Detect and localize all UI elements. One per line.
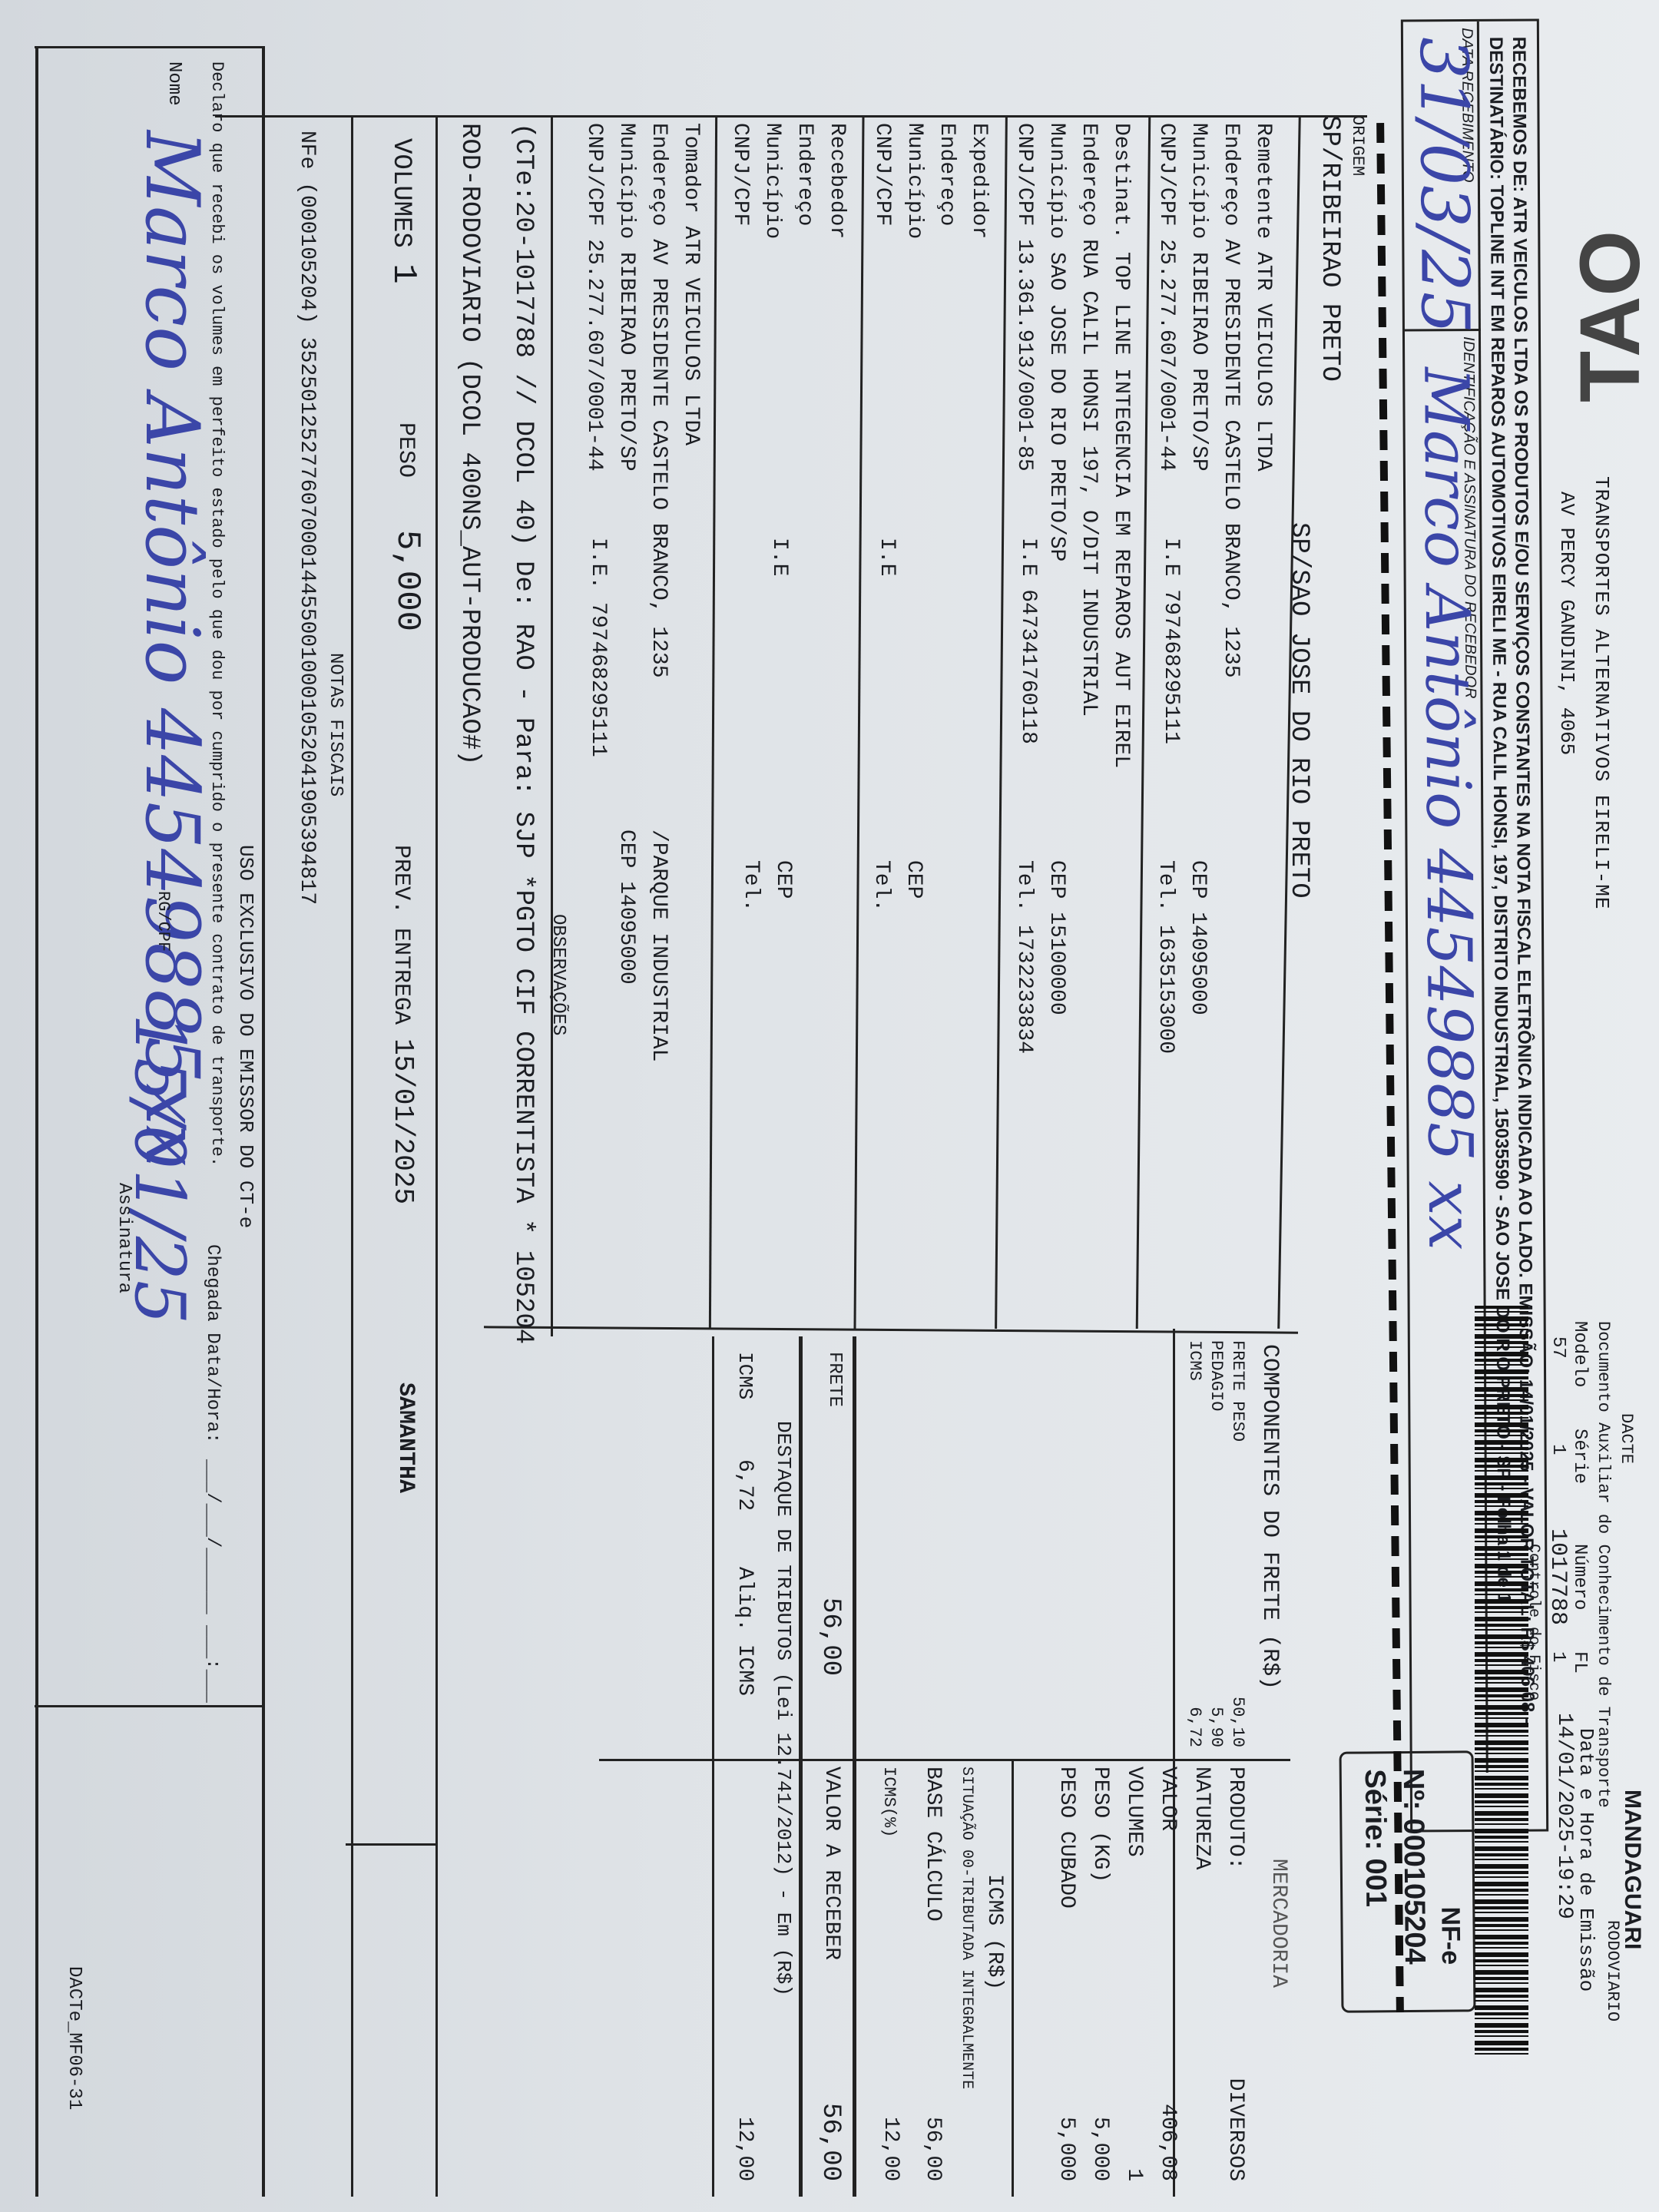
expedidor-block: Expedidor Endereço Município CNPJ/CPF <box>866 123 995 239</box>
componente-row: FRETE PESO50,10 <box>1227 1340 1248 1747</box>
nome-field[interactable]: Marco Antônio 44549885xx <box>129 131 215 1167</box>
mercadoria-value: DIVERSOS <box>1218 2078 1252 2181</box>
tomador-nome: ATR VEICULOS LTDA <box>679 226 703 445</box>
expedidor-contato: CEPTel. <box>865 860 929 912</box>
obs-peso-label: PESO <box>392 422 419 478</box>
tomador-cnpj: 25.277.607/0001-44 <box>582 239 606 471</box>
notas-fiscais-title: NOTAS FISCAIS <box>325 653 346 796</box>
destinatario-nome: TOP LINE INTEGENCIA EM REPAROS AUT EIREL <box>1109 252 1133 768</box>
tomador-endereco: AV PRESIDENTE CASTELO BRANCO, 1235 <box>647 239 671 677</box>
mercadoria-label: PESO CUBADO <box>1049 1767 1083 1909</box>
remetente-municipio-label: Município <box>1187 123 1210 239</box>
componente-row: ICMS6,72 <box>1184 1340 1205 1747</box>
mercadoria-label: VALOR <box>1151 1767 1184 1831</box>
mercadoria-title: MERCADORIA <box>1267 1859 1290 1988</box>
company-address: AV PERCY GANDINI, 4065 <box>1555 492 1578 755</box>
serie-label: Série <box>1569 1429 1590 1484</box>
modelo-value: 57 <box>1548 1336 1568 1359</box>
company-logo: TAO <box>1561 230 1659 402</box>
remetente-cnpj: 25.277.607/0001-44 <box>1154 239 1178 471</box>
destinatario-cep: 15100000 <box>1045 912 1068 1015</box>
frete-label: FRETE <box>824 1352 845 1407</box>
identificacao-recebedor-field[interactable]: Marco Antônio 44549885 xx <box>1410 367 1486 1250</box>
tomador-municipio: RIBEIRAO PRETO/SP <box>614 252 638 472</box>
mercadoria-label: NATUREZA <box>1184 1767 1218 1869</box>
obs-volumes: VOLUMES 1 <box>384 138 422 284</box>
componente-label: PEDAGIO <box>1205 1340 1227 1411</box>
numero-label: Número <box>1569 1544 1590 1610</box>
nome-label: Nome <box>164 61 184 106</box>
remetente-contato: CEP 14095000 Tel. 1635153000 <box>1149 860 1214 1054</box>
nfe-number-label: Nº: <box>1397 1769 1429 1810</box>
mercadoria-value: 5,000 <box>1083 2117 1117 2181</box>
destinatario-contato: CEP 15100000 Tel. 1732233834 <box>1008 860 1072 1054</box>
uso-exclusivo-title: USO EXCLUSIVO DO EMISSOR DO CT-e <box>234 845 257 1228</box>
remetente-tel: 1635153000 <box>1154 925 1177 1054</box>
remetente-endereco: AV PRESIDENTE CASTELO BRANCO, 1235 <box>1219 239 1243 677</box>
tributos-aliq-label: Aliq. ICMS <box>733 1567 757 1696</box>
chegada-label: Chegada Data/Hora: <box>202 1244 223 1443</box>
modal-partial: RODOVIARIO <box>1603 1920 1622 2022</box>
operador-name: SAMANTHA <box>392 1382 419 1493</box>
valor-receber-value: 56,00 <box>816 2058 845 2181</box>
mercadoria-label: VOLUMES <box>1117 1767 1151 1857</box>
chegada-field[interactable]: ___/___/______ ___:___ <box>202 1459 223 1703</box>
filial-name: MANDAGUARI <box>1619 1790 1645 1949</box>
remetente-ie: I.E 797468295111 <box>1159 538 1183 744</box>
fl-label: FL <box>1569 1651 1590 1674</box>
dacte-title: DACTE <box>1617 1413 1636 1464</box>
tributos-icms-label: ICMS <box>733 1352 757 1399</box>
barcode-icon <box>1475 1306 1528 2058</box>
obs-rota-line: De: RAO - Para: SJP *PGTO CIF CORRENTIST… <box>508 561 538 1344</box>
mercadoria-value: 1 <box>1117 2168 1151 2181</box>
mercadoria-list: PRODUTO:DIVERSOSNATUREZAVALOR406,08VOLUM… <box>1049 1767 1252 2181</box>
destinatario-cnpj: 13.361.913/0001-85 <box>1012 239 1036 471</box>
tomador-ie: I.E. 797468295111 <box>586 538 610 757</box>
data-emissao-label: Data e Hora de Emissão <box>1575 1728 1598 1992</box>
nfe-label: NF-e <box>1435 1906 1465 1965</box>
tributos-icms-value: 6,72 <box>733 1459 757 1511</box>
tributos-title: DESTAQUE DE TRIBUTOS (Lei 12.741/2012) -… <box>772 1421 795 1996</box>
obs-cte-line: (CTe:20-1017788 // DCOL 40) <box>508 123 538 546</box>
componentes-title: COMPONENTES DO FRETE (R$) <box>1257 1344 1283 1690</box>
rg-cpf-label: RG/CPF <box>154 891 173 952</box>
obs-modal-line: ROD-RODOVIARIO (DCOL 400NS_AUT-PRODUCAO#… <box>455 123 484 766</box>
data-emissao-value: 14/01/2025-19:29 <box>1552 1713 1576 1919</box>
mercadoria-value: 406,08 <box>1151 2104 1184 2181</box>
icms-title: ICMS (R$) <box>982 1874 1006 1990</box>
componente-label: FRETE PESO <box>1227 1340 1248 1442</box>
mercadoria-label: PRODUTO: <box>1218 1767 1252 1869</box>
mercadoria-row: VOLUMES1 <box>1117 1767 1151 2181</box>
assinatura-label: Assinatura <box>114 1183 134 1293</box>
data-recebimento-field[interactable]: 31/03/25 <box>1405 37 1483 334</box>
origem-value: SP/RIBEIRAO PRETO <box>1315 115 1344 382</box>
dacte-sheet: TRANSPORTES ALTERNATIVOS EIRELI-ME AV PE… <box>0 0 1659 2212</box>
componentes-list: FRETE PESO50,10PEDAGIO5,90ICMS6,72 <box>1184 1340 1248 1747</box>
mercadoria-row: PESO CUBADO5,000 <box>1049 1767 1083 2181</box>
obs-prev-entrega: PREV. ENTREGA 15/01/2025 <box>387 845 419 1204</box>
remetente-municipio: RIBEIRAO PRETO/SP <box>1187 252 1210 472</box>
destinatario-label: Destinat. <box>1109 123 1133 239</box>
icms-aliq-value: 12,00 <box>879 2074 902 2181</box>
icms-situacao: SITUAÇÃO 00-TRIBUTADA INTEGRALMENTE <box>958 1767 975 2089</box>
company-name: TRANSPORTES ALTERNATIVOS EIRELI-ME <box>1590 476 1613 910</box>
fl-value: 1 <box>1548 1651 1568 1662</box>
icms-base-label: BASE CÁLCULO <box>921 1767 945 1922</box>
recebedor-contato: CEPTel. <box>734 860 799 912</box>
tributos-aliq-value: 12,00 <box>733 2058 757 2181</box>
mercadoria-row: PRODUTO:DIVERSOS <box>1218 1767 1252 2181</box>
componente-value: 6,72 <box>1184 1707 1205 1747</box>
icms-base-value: 56,00 <box>921 2074 945 2181</box>
icms-aliq-label: ICMS(%) <box>879 1767 899 1837</box>
form-code: DACTe_MF06-31 <box>64 1966 84 2110</box>
recebedor-block: Recebedor Endereço Município CNPJ/CPF <box>724 123 853 239</box>
componente-label: ICMS <box>1184 1340 1205 1381</box>
mercadoria-row: PESO (KG)5,000 <box>1083 1767 1117 2181</box>
mercadoria-row: NATUREZA <box>1184 1767 1218 2181</box>
mercadoria-value: 5,000 <box>1049 2117 1083 2181</box>
origem-label: ORIGEM <box>1348 115 1367 176</box>
numero-value: 1017788 <box>1545 1528 1571 1625</box>
destinatario-tel: 1732233834 <box>1012 925 1036 1054</box>
remetente-endereco-label: Endereço <box>1219 123 1243 226</box>
destinatario-municipio: SAO JOSE DO RIO PRETO/SP <box>1045 252 1068 561</box>
remetente-cep: 14095000 <box>1186 912 1210 1015</box>
serie-value: 1 <box>1548 1444 1568 1455</box>
obs-peso-value: 5,000 <box>388 530 426 631</box>
frete-value: 56,00 <box>816 1598 845 1676</box>
destinatario-endereco: RUA CALIL HONSI 197, O/DIT INDUSTRIAL <box>1077 239 1101 717</box>
remetente-cnpj-label: CNPJ/CPF <box>1154 123 1178 226</box>
componente-value: 5,90 <box>1205 1707 1227 1747</box>
mercadoria-label: PESO (KG) <box>1083 1767 1117 1883</box>
componente-row: PEDAGIO5,90 <box>1205 1340 1227 1747</box>
expedidor-ie: I.E <box>875 538 899 576</box>
remetente-nome: ATR VEICULOS LTDA <box>1251 252 1275 472</box>
mercadoria-row: VALOR406,08 <box>1151 1767 1184 2181</box>
tomador-extra: /PARQUE INDUSTRIAL CEP 14095000 <box>610 829 674 1061</box>
remetente-label: Remetente <box>1251 123 1275 239</box>
destinatario-ie: I.E 647341760118 <box>1016 538 1040 744</box>
recebedor-ie: I.E <box>767 538 791 576</box>
modelo-label: Modelo <box>1569 1321 1590 1387</box>
componente-value: 50,10 <box>1227 1697 1248 1747</box>
valor-receber-label: VALOR A RECEBER <box>820 1767 843 1960</box>
nfe-chave: NFe (000105204) 352501252776070001445500… <box>295 131 319 905</box>
observacoes-title: OBSERVAÇÕES <box>548 914 568 1035</box>
